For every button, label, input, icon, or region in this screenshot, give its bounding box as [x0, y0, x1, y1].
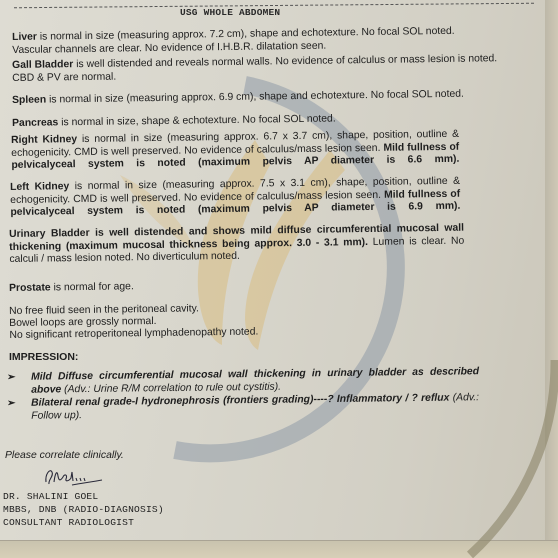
finding-pancreas: Pancreas is normal in size, shape & echo…: [12, 113, 336, 130]
finding-urinary-bladder: Urinary Bladder is well distended and sh…: [9, 223, 464, 267]
report-content: USG WHOLE ABDOMEN Liver is normal in siz…: [0, 0, 558, 558]
finding-liver: Liver is normal in size (measuring appro…: [12, 26, 455, 57]
finding-prostate: Prostate is normal for age.: [9, 281, 134, 295]
impression-advice: (Adv.: Urine R/M correlation to rule out…: [61, 381, 281, 395]
radiologist-name: DR. SHALINI GOEL: [3, 491, 98, 502]
organ-label: Urinary Bladder: [9, 228, 90, 240]
finding-text: is normal in size, shape & echotexture. …: [58, 113, 336, 128]
radiologist-designation: CONSULTANT RADIOLOGIST: [3, 517, 134, 528]
other-findings: No free fluid seen in the peritoneal cav…: [9, 303, 258, 342]
arrow-bullet-icon: ➢: [7, 398, 16, 411]
organ-label: Left Kidney: [10, 181, 69, 193]
impression-item: ➢ Bilateral renal grade-I hydronephrosis…: [7, 392, 487, 424]
finding-text: is normal in size (measuring approx. 6.9…: [46, 89, 464, 106]
organ-label: Liver: [12, 32, 37, 43]
organ-label: Spleen: [12, 95, 46, 106]
finding-right-kidney: Right Kidney is normal in size (measurin…: [11, 129, 459, 173]
closing-note: Please correlate clinically.: [5, 450, 124, 461]
finding-text: is normal for age.: [51, 281, 134, 293]
organ-label: Pancreas: [12, 117, 58, 129]
handwritten-signature-icon: [42, 466, 112, 488]
finding-gall-bladder: Gall Bladder is well distended and revea…: [12, 53, 497, 85]
organ-label: Right Kidney: [11, 134, 77, 146]
organ-label: Prostate: [9, 282, 51, 294]
radiologist-qualification: MBBS, DNB (RADIO-DIAGNOSIS): [3, 504, 164, 515]
arrow-bullet-icon: ➢: [7, 372, 16, 385]
report-title: USG WHOLE ABDOMEN: [180, 7, 280, 18]
impression-heading: IMPRESSION:: [9, 351, 78, 363]
organ-label: Gall Bladder: [12, 59, 73, 71]
finding-spleen: Spleen is normal in size (measuring appr…: [12, 89, 464, 108]
finding-left-kidney: Left Kidney is normal in size (measuring…: [10, 176, 460, 220]
